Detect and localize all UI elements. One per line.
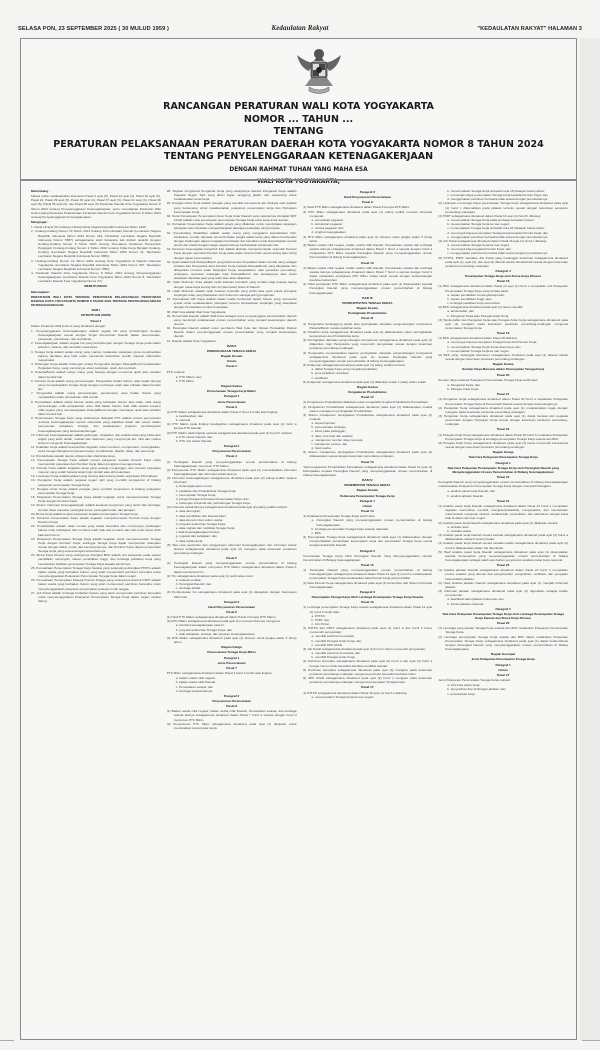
- heading: Pasal 15: [303, 563, 433, 567]
- heading: Sumber Daya Manusia dalam Penempatan Ten…: [438, 367, 568, 371]
- paragraph: Perangkat Daerah yang menyelenggarakan u…: [438, 480, 568, 488]
- list-item: (4) Perizinan berusaha sebagaimana dimak…: [303, 659, 433, 667]
- list-item: (5) Sistem manajemen peningkatan Produkt…: [303, 450, 433, 458]
- list-item: 11. Pelatihan Kerja adalah keseluruhan k…: [31, 445, 161, 453]
- list-item: (1) Badan usaha milik negara, badan usah…: [303, 266, 433, 283]
- heading: Paragraf 2: [167, 444, 297, 448]
- heading: Pasal 3: [167, 405, 297, 409]
- list-item: 14. Pencari Kerja adalah angkatan kerja …: [31, 466, 161, 474]
- title-line: TENTANG PENYELENGGARAAN KETENAGAKERJAAN: [21, 151, 576, 164]
- heading: Peningkatan Produktivitas: [303, 311, 433, 315]
- list-item: 13. Penempatan Tenaga Kerja adalah prose…: [31, 458, 161, 466]
- heading: Pasal 9: [303, 200, 433, 204]
- heading: BAB II: [167, 344, 297, 348]
- list-item: d. lembaga swasta lainnya.: [167, 689, 297, 693]
- list-item: (5) P3TKS, P3RT, dan/atau Job Portal yan…: [438, 256, 568, 268]
- heading: Tata Cara Pelayanan Penempatan Tenaga Ke…: [438, 455, 568, 459]
- list-item: (3) RTK Mikro sebagaimana dimaksud pada …: [303, 235, 433, 243]
- heading: Pasal 2: [167, 364, 297, 368]
- list-item: (3) Informasi jabatan sebagaimana dimaks…: [438, 589, 568, 597]
- list-item: 16. Pengantar Kerja adalah pegawai neger…: [31, 478, 161, 486]
- heading: Paragraf 1: [438, 663, 568, 667]
- title-line: DENGAN RAHMAT TUHAN YANG MAHA ESA: [21, 164, 576, 177]
- list-item: 33. Pameran Kesempatan Kerja/Job Fair ad…: [167, 247, 297, 259]
- paragraph: Jenis Pelayanan Penempatan Tenaga Kerja …: [438, 678, 568, 682]
- list-item: 18. Pelayanan Penempatan Tenaga Kerja ad…: [31, 495, 161, 503]
- heading: Pengukuran Produktivitas: [303, 390, 433, 394]
- list-item: 19. Sistem Informasi Ketenagakerjaan ada…: [31, 503, 161, 511]
- section-label: Mengingat :: [31, 220, 48, 224]
- heading: Jenis Pelayanan Penempatan Tenaga Kerja: [438, 657, 568, 661]
- heading: Pasal 16: [303, 600, 433, 604]
- heading: BAB III: [303, 296, 433, 300]
- paragraph: Sumber daya manusia Pelayanan Penempatan…: [438, 378, 568, 382]
- heading: Pasal 5: [167, 556, 297, 560]
- list-item: (1) Lembaga penempatan Tenaga Kerja swas…: [438, 626, 568, 634]
- heading: Pasal 25: [438, 563, 568, 567]
- column-4: b. menempatkan Tenaga Kerja di bawah usi…: [438, 189, 568, 1033]
- heading: Pasal 14: [303, 509, 433, 513]
- heading: Perencanaan Tenaga Kerja Makro: [167, 389, 297, 393]
- heading: BAB I: [31, 308, 161, 312]
- list-item: (1) Pengusaha bertanggung jawab atas pen…: [303, 322, 433, 330]
- list-item: (1) Pengukuran Produktivitas dilakukan u…: [303, 400, 433, 404]
- list-item: 31. Perluasan Kesempatan Kerja adalah up…: [167, 222, 297, 230]
- column-1: Menimbang : bahwa untuk melaksanakan ket…: [31, 189, 161, 1033]
- heading: Paragraf 1: [438, 461, 568, 465]
- list-item: (4) Analisis pasar kerja Daerah secara s…: [438, 541, 568, 549]
- heading: MEMUTUSKAN:: [31, 284, 161, 288]
- heading: Pasal 7: [167, 666, 297, 670]
- heading: Pasal 12: [303, 395, 433, 399]
- announcement-frame: RANCANGAN PERATURAN WALI KOTA YOGYAKARTA…: [20, 38, 577, 1040]
- list-item: 9. Perencanaan Tenaga Kerja yang selanju…: [31, 416, 161, 433]
- heading: Pasal 18: [438, 279, 568, 283]
- list-item: 30. Surat Persetujuan Penempatan Antar K…: [167, 214, 297, 222]
- list-item: 35. Upah Minimum Kota adalah upah bulana…: [167, 280, 297, 288]
- list-item: (3) Informasi Ketenagakerjaan sebagaiman…: [167, 476, 297, 484]
- heading: Umum: [438, 668, 568, 672]
- list-item: (2) Lembaga penempatan Tenaga Kerja swas…: [438, 635, 568, 652]
- page-number-label: "KEDAULATAN RAKYAT" HALAMAN 3: [477, 26, 582, 32]
- list-item: (1) Badan usaha milik negara, badan usah…: [167, 709, 297, 721]
- paragraph: PTK Mikro sebagaimana dimaksud dalam Pas…: [167, 671, 297, 675]
- list-item: (3) RTK Makro sebagaimana dimaksud pada …: [167, 636, 297, 644]
- list-item: (3) Peningkatan dan/atau pengembangan ko…: [303, 338, 433, 350]
- regulation-title-block: RANCANGAN PERATURAN WALI KOTA YOGYAKARTA…: [21, 101, 576, 189]
- paragraph: PERATURAN WALI KOTA TENTANG PERATURAN PE…: [31, 295, 161, 307]
- section-label: Menimbang :: [31, 189, 50, 193]
- garuda-emblem-icon: [293, 45, 345, 97]
- list-item: (2) Penempatan Tenaga Kerja sebagaimana …: [303, 535, 433, 547]
- heading: Paragraf 1: [167, 656, 297, 660]
- heading: Bagian Kedua: [438, 362, 568, 366]
- masthead: SELASA PON, 23 SEPTEMBER 2025 ( 30 MULUD…: [18, 24, 582, 36]
- list-item: (2) Pengantar Kerja sebagaimana dimaksud…: [438, 406, 568, 414]
- list-item: (3) Pembentukan tim sebagaimana dimaksud…: [167, 590, 297, 598]
- list-item: 26. Perusahaan Penempatan Pekerja Rumah …: [31, 578, 161, 590]
- heading: Paragraf 2: [303, 549, 433, 553]
- list-item: c. perantaraan kerja.: [438, 692, 568, 696]
- list-item: 10. Informasi Ketenagakerjaan adalah gab…: [31, 433, 161, 445]
- divider: [21, 179, 576, 181]
- list-item: 2. Ketenagakerjaan adalah segala hal yan…: [31, 341, 161, 349]
- heading: PERENCANAAN TENAGA KERJA: [167, 349, 297, 353]
- heading: Pasal 27: [438, 673, 568, 677]
- list-item: 4. Peraturan Daerah Kota Yogyakarta Nomo…: [31, 271, 161, 283]
- list-item: 4. Hubungan Kerja adalah hubungan antara…: [31, 362, 161, 370]
- heading: Bagian Kesatu: [303, 306, 433, 310]
- list-item: (3) Analisis pasar kerja Daerah secara b…: [438, 533, 568, 541]
- column-2: 28. Pejabat Fungsional Pengantar Kerja y…: [167, 189, 297, 1033]
- list-item: (1) Analisis pasar kerja Daerah sebagaim…: [438, 504, 568, 521]
- list-item: 41. Daerah adalah Kota Yogyakarta.: [167, 339, 297, 343]
- list-item: (2) Penyusunan PTK Makro sebagaimana dim…: [167, 468, 297, 476]
- title-line: RANCANGAN PERATURAN WALI KOTA YOGYAKARTA: [21, 101, 576, 114]
- list-item: 5. Pekerja/Buruh adalah setiap orang yan…: [31, 370, 161, 378]
- list-item: 21. Pameran Kesempatan Kerja adalah kegi…: [31, 516, 161, 524]
- list-item: 2. Undang-Undang Nomor 23 Tahun 2014 ten…: [31, 229, 161, 258]
- heading: Bagian Kesatu: [167, 354, 297, 358]
- page-edge: [580, 38, 600, 1040]
- list-item: (2) Larangan memungut biaya penempatan T…: [438, 201, 568, 213]
- list-item: (2) Hasil analisis jabatan Daerah sebaga…: [438, 581, 568, 589]
- heading: Paragraf 1: [167, 394, 297, 398]
- list-item: 3. Tenaga Kerja adalah setiap orang yang…: [31, 350, 161, 362]
- list-item: (5) Hasil analisis pasar kerja Daerah se…: [438, 550, 568, 562]
- heading: BAB IV: [303, 478, 433, 482]
- heading: Tata Cara Pelayanan Penempatan Tenaga Ke…: [438, 466, 568, 474]
- list-item: (6) SPP AKAD sebagaimana dimaksud pada a…: [303, 676, 433, 684]
- heading: PENEMPATAN TENAGA KERJA: [303, 483, 433, 487]
- list-item: 37. Perusahaan Alih Daya adalah badan us…: [167, 297, 297, 309]
- list-item: 36. Upah Minimum adalah upah bulanan ter…: [167, 289, 297, 297]
- list-item: (2) BKK yang melanggar ketentuan sebagai…: [438, 353, 568, 361]
- list-item: 6. Pemberi Kerja adalah orang perseorang…: [31, 379, 161, 391]
- heading: Pasal 23: [438, 475, 568, 479]
- list-item: b. analisis jabatan Daerah.: [438, 494, 568, 498]
- heading: Paragraf 3: [167, 600, 297, 604]
- heading: Penyusunan Perencanaan: [167, 449, 297, 453]
- list-item: (1) Lembaga penempatan Tenaga Kerja swas…: [303, 605, 433, 613]
- list-item: 40. Perangkat Daerah adalah unsur pemban…: [167, 326, 297, 338]
- divider: [0, 1040, 14, 1041]
- heading: Pasal 17: [303, 685, 433, 689]
- list-item: (1) Perangkat Daerah yang menyelenggarak…: [167, 561, 297, 573]
- paragraph: Hasil pengukuran Produktivitas Perusahaa…: [303, 465, 433, 477]
- list-item: (5) Perizinan berusaha sebagaimana dimak…: [303, 668, 433, 676]
- list-item: 17. Petugas Antar Kerja adalah petugas y…: [31, 487, 161, 495]
- heading: Pasal 8: [167, 704, 297, 708]
- heading: Penempatan Tenaga Kerja oleh Bursa Kerja…: [438, 274, 568, 278]
- heading: Paragraf 1: [303, 499, 433, 503]
- heading: Bagian Ketiga: [438, 450, 568, 454]
- list-item: a. menempatkan Tenaga Kerja ke luar nege…: [303, 695, 433, 699]
- heading: Umum: [167, 359, 297, 363]
- list-item: 27. Job Portal adalah lembaga berbadan h…: [31, 591, 161, 603]
- list-item: (3) Tanda daftar dan Pengantar Kerja ata…: [438, 318, 568, 330]
- heading: Bagian Keempat: [438, 652, 568, 656]
- heading: Umum: [303, 504, 433, 508]
- list-item: 7. Pengusaha adalah orang perseorangan, …: [31, 391, 161, 399]
- list-item: b. PTK sub sektor Daerah.: [167, 439, 297, 443]
- heading: PRODUKTIVITAS TENAGA KERJA: [303, 301, 433, 305]
- list-item: a. Perangkat Daerah yang menyelenggaraka…: [303, 518, 433, 526]
- paragraph: bahwa untuk melaksanakan ketentuan Pasal…: [31, 194, 161, 219]
- list-item: b. kamus jabatan nasional.: [438, 602, 568, 606]
- list-item: (2) RTK Mikro sebagaimana dimaksud pada …: [303, 210, 433, 218]
- paragraph: PTK meliputi:: [167, 370, 297, 374]
- heading: Jenis Perencanaan: [167, 400, 297, 404]
- list-item: (3) Pengantar Kerja sebagaimana dimaksud…: [438, 414, 568, 426]
- section-label: Menetapkan :: [31, 290, 51, 294]
- heading: Jenis Perencanaan: [167, 661, 297, 665]
- heading: Pasal 21: [438, 392, 568, 396]
- list-item: (2) Penyusunan PTK Mikro sebagaimana dim…: [167, 722, 297, 730]
- list-item: (1) Perangkat Daerah yang menyelenggarak…: [167, 460, 297, 468]
- list-item: (2) P3TKS dan P3RT sebagaimana dimaksud …: [303, 626, 433, 634]
- heading: Pasal 4: [167, 454, 297, 458]
- heading: Pasal 22: [438, 427, 568, 431]
- list-item: 25. Perusahaan Penempatan Tenaga Kerja S…: [31, 566, 161, 578]
- list-item: 1. Penyelenggaraan Ketenagakerjaan adala…: [31, 329, 161, 341]
- list-item: (4) Badan usaha milik negara, badan usah…: [303, 243, 433, 260]
- heading: Paragraf 2: [167, 694, 297, 698]
- heading: Pasal 19: [438, 331, 568, 335]
- list-item: 39. Pemerintah Daerah adalah Wali Kota s…: [167, 314, 297, 326]
- heading: Pasal 11: [303, 316, 433, 320]
- heading: Paragraf 3: [303, 190, 433, 194]
- list-item: (1) BKK sebagaimana dimaksud dalam Pasal…: [438, 284, 568, 292]
- heading: Pasal 10: [303, 261, 433, 265]
- body-columns: Menimbang : bahwa untuk melaksanakan ket…: [31, 189, 568, 1033]
- heading: Pasal 1: [31, 319, 161, 323]
- list-item: (1) Analisis jabatan Daerah sebagaimana …: [438, 568, 568, 580]
- list-item: (3) Sistem manajemen peningkatan Produkt…: [303, 413, 433, 421]
- list-item: 23. Pelayanan Penempatan Tenaga Kerja ad…: [31, 537, 161, 554]
- list-item: 3. Undang-Undang Nomor 12 Tahun 2024 ten…: [31, 259, 161, 271]
- divider: [582, 1040, 600, 1041]
- heading: Bagian Ketiga: [167, 645, 297, 649]
- list-item: 8. Perusahaan adalah setiap bentuk usaha…: [31, 400, 161, 417]
- heading: Perencanaan Tenaga Kerja Mikro: [167, 650, 297, 654]
- heading: Paragraf 3: [303, 590, 433, 594]
- heading: Paragraf 2: [438, 607, 568, 611]
- list-item: 24. Bursa Kerja Khusus yang selanjutnya …: [31, 553, 161, 565]
- list-item: 28. Pejabat Fungsional Pengantar Kerja y…: [167, 189, 297, 201]
- list-item: (2) Data Pencari Kerja sebagaimana dimak…: [303, 581, 433, 589]
- list-item: (2) PTK Makro pada lingkup kewilayahan s…: [167, 422, 297, 430]
- title-line: WALI KOTA YOGYAKARTA,: [21, 176, 576, 189]
- list-item: (1) Pengantar Kerja sebagaimana dimaksud…: [438, 397, 568, 405]
- list-item: (6) Pelaporan sebagaimana dimaksud pada …: [303, 380, 433, 384]
- heading: Paragraf 4: [438, 269, 568, 273]
- paragraph: Dalam Peraturan Wali Kota ini yang dimak…: [31, 324, 161, 328]
- heading: Penyusunan Perencanaan: [167, 699, 297, 703]
- list-item: 34. Upah adalah hak Pekerja/Buruh yang d…: [167, 260, 297, 281]
- list-item: (4) Pengusaha menyampaikan laporan penin…: [303, 351, 433, 363]
- heading: Tata Cara Pelayanan Penempatan Tenaga Ke…: [438, 612, 568, 620]
- list-item: 22. Produktivitas adalah sikap mental ya…: [31, 524, 161, 536]
- heading: Bagian Kedua: [167, 384, 297, 388]
- heading: KETENTUAN UMUM: [31, 313, 161, 317]
- title-line: TENTANG: [21, 126, 576, 139]
- heading: Hasil Penyusunan Perencanaan: [167, 605, 297, 609]
- list-item: (5) Tata cara perolehan dan penggunaan i…: [167, 543, 297, 555]
- heading: Penempatan Tenaga Kerja Oleh Lembaga Pen…: [303, 595, 433, 599]
- heading: Bagian Kesatu: [303, 488, 433, 492]
- heading: Hasil Penyusunan Perencanaan: [303, 195, 433, 199]
- title-line: NOMOR ... TAHUN ...: [21, 114, 576, 127]
- list-item: b. Petugas Antar Kerja.: [438, 387, 568, 391]
- heading: Pelaksana Penempatan Tenaga Kerja: [303, 494, 433, 498]
- list-item: (2) Hasil peninjauan RTK Mikro sebagaima…: [303, 282, 433, 294]
- list-item: 32. Penyandang Disabilitas adalah setiap…: [167, 231, 297, 248]
- heading: Pasal 6: [167, 610, 297, 614]
- heading: Pasal 20: [438, 373, 568, 377]
- list-item: (2) Pengukuran Produktivitas sebagaimana…: [303, 405, 433, 413]
- heading: Pasal 13: [303, 460, 433, 464]
- list-item: (1) Perangkat Daerah yang menyelenggarak…: [303, 568, 433, 580]
- list-item: (1) Petugas Antar Kerja sebagaimana dima…: [438, 433, 568, 441]
- list-item: b. PTK Mikro.: [167, 379, 297, 383]
- heading: Pasal 24: [438, 499, 568, 503]
- list-item: (2) Petugas Antar Kerja sebagaimana dima…: [438, 441, 568, 449]
- paragraph: Penempatan Tenaga Kerja Oleh Perangkat D…: [303, 554, 433, 562]
- title-line: PERATURAN PELAKSANAAN PERATURAN DAERAH K…: [21, 139, 576, 152]
- column-3: Paragraf 3 Hasil Penyusunan Perencanaan …: [303, 189, 433, 1033]
- heading: Bagian Kedua: [303, 385, 433, 389]
- heading: Pasal 26: [438, 621, 568, 625]
- list-item: (2) Pelatihan kerja sebagaimana dimaksud…: [303, 330, 433, 338]
- list-item: 29. Petugas Antar Kerja adalah petugas y…: [167, 201, 297, 213]
